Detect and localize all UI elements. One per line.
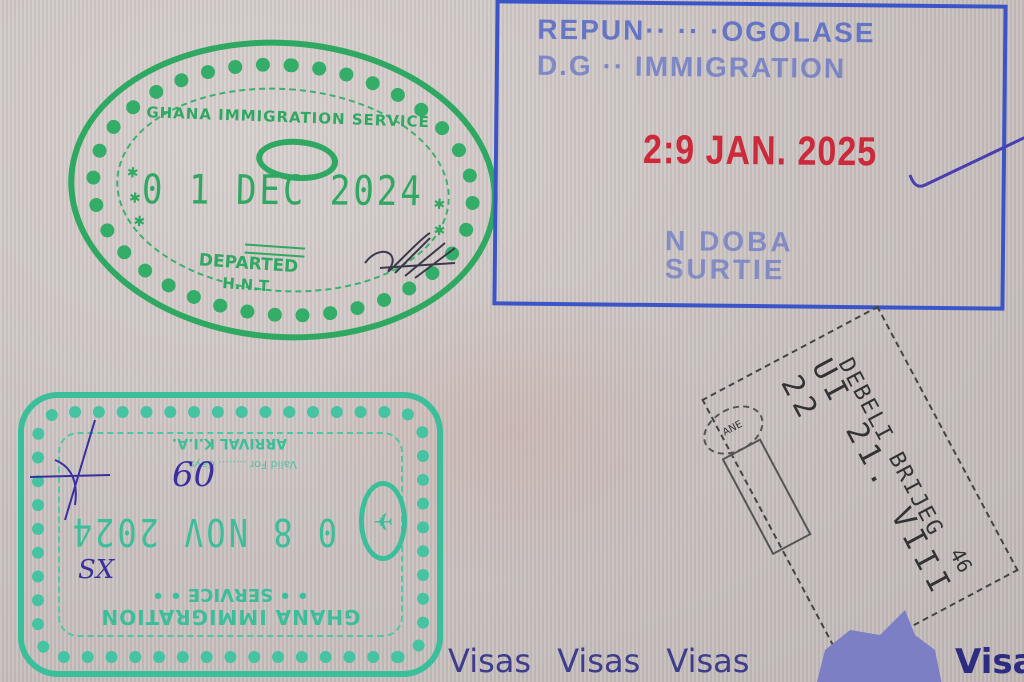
stamp-line-1: REPUN·· ·· ·OGOLASE xyxy=(537,14,876,50)
visas-word: Visas xyxy=(557,642,640,680)
visas-word-bold: Visa xyxy=(955,642,1024,682)
star-icon: ✱ xyxy=(126,165,139,182)
star-icon: ✱ xyxy=(128,190,141,207)
stamp-port: H.N.T xyxy=(222,274,270,295)
star-icon: ✱ xyxy=(433,197,446,214)
officer-line-1: N DOBA xyxy=(665,227,794,256)
airplane-icon: ✈ xyxy=(359,481,407,561)
stamp-date: 2:9 JAN. 2025 xyxy=(643,127,878,176)
visas-word: Visas xyxy=(666,642,749,680)
page-print-visas: Visas Visas Visas xyxy=(448,642,765,680)
star-icon: ✱ xyxy=(133,214,146,231)
handwritten-initials: SX xyxy=(78,555,114,585)
stamp-agency-2: • • SERVICE • • xyxy=(24,584,437,605)
stamp-status: ARRIVAL K.I.A. xyxy=(172,435,287,451)
visas-word: Visas xyxy=(448,642,531,680)
stamp-line-2: D.G ·· IMMIGRATION xyxy=(537,50,847,85)
signature-icon xyxy=(20,415,110,525)
map-emblem-icon xyxy=(805,610,945,682)
stamp-agency: GHANA IMMIGRATION xyxy=(24,605,437,629)
stamp-officer: N DOBA SURTIE xyxy=(665,227,794,284)
officer-line-2: SURTIE xyxy=(665,255,794,284)
checkmark-icon xyxy=(905,130,1024,200)
handwritten-days: 60 xyxy=(172,455,215,495)
signature-icon xyxy=(360,228,460,288)
